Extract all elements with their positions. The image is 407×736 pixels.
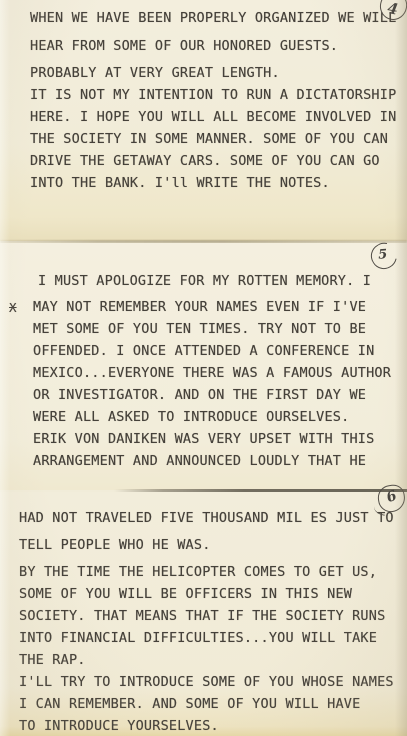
typed-line: OFFENDED. I ONCE ATTENDED A CONFERENCE I…	[33, 343, 407, 365]
typed-line: THE SOCIETY IN SOME MANNER. SOME OF YOU …	[30, 131, 407, 153]
typed-line: ERIK VON DANIKEN WAS VERY UPSET WITH THI…	[33, 431, 407, 453]
typed-line: THE RAP.	[19, 652, 407, 674]
typed-line: ARRANGEMENT AND ANNOUNCED LOUDLY THAT HE	[33, 453, 407, 475]
typed-line: I MUST APOLOGIZE FOR MY ROTTEN MEMORY. I	[38, 273, 407, 295]
typed-line: DRIVE THE GETAWAY CARS. SOME OF YOU CAN …	[30, 153, 407, 175]
typed-line: TO INTRODUCE YOURSELVES.	[19, 718, 407, 736]
typed-line: MET SOME OF YOU TEN TIMES. TRY NOT TO BE	[33, 321, 407, 343]
page-5-strip: X I MUST APOLOGIZE FOR MY ROTTEN MEMORY.…	[0, 243, 407, 490]
typed-line: SOME OF YOU WILL BE OFFICERS IN THIS NEW	[19, 586, 407, 608]
typed-line: WERE ALL ASKED TO INTRODUCE OURSELVES.	[33, 409, 407, 431]
typed-line: OR INVESTIGATOR. AND ON THE FIRST DAY WE	[33, 387, 407, 409]
typed-line: PROBABLY AT VERY GREAT LENGTH.	[30, 65, 407, 87]
typed-line: SOCIETY. THAT MEANS THAT IF THE SOCIETY …	[19, 608, 407, 630]
typewritten-document-scan: { "document": { "kind": "scanned typewri…	[0, 0, 407, 736]
typed-line: I'LL TRY TO INTRODUCE SOME OF YOU WHOSE …	[19, 674, 407, 696]
page-4-strip: WHEN WE HAVE BEEN PROPERLY ORGANIZED WE …	[0, 0, 407, 241]
struck-out-margin-mark: X	[9, 300, 17, 315]
typed-line: BY THE TIME THE HELICOPTER COMES TO GET …	[19, 564, 407, 586]
typed-line: HERE. I HOPE YOU WILL ALL BECOME INVOLVE…	[30, 109, 407, 131]
typed-line: MEXICO...EVERYONE THERE WAS A FAMOUS AUT…	[33, 365, 407, 387]
page-6-strip: HAD NOT TRAVELED FIVE THOUSAND MIL ES JU…	[0, 492, 407, 736]
typed-line: MAY NOT REMEMBER YOUR NAMES EVEN IF I'VE	[33, 299, 407, 321]
typed-line: I CAN REMEMBER. AND SOME OF YOU WILL HAV…	[19, 696, 407, 718]
typed-line: INTO FINANCIAL DIFFICULTIES...YOU WILL T…	[19, 630, 407, 652]
typed-line: INTO THE BANK. I'll WRITE THE NOTES.	[30, 175, 407, 197]
typed-line: WHEN WE HAVE BEEN PROPERLY ORGANIZED WE …	[30, 10, 407, 32]
typed-line: HEAR FROM SOME OF OUR HONORED GUESTS.	[30, 38, 407, 60]
typed-line: IT IS NOT MY INTENTION TO RUN A DICTATOR…	[30, 87, 407, 109]
typed-line: TELL PEOPLE WHO HE WAS.	[19, 537, 407, 559]
typed-line: HAD NOT TRAVELED FIVE THOUSAND MIL ES JU…	[19, 510, 407, 532]
